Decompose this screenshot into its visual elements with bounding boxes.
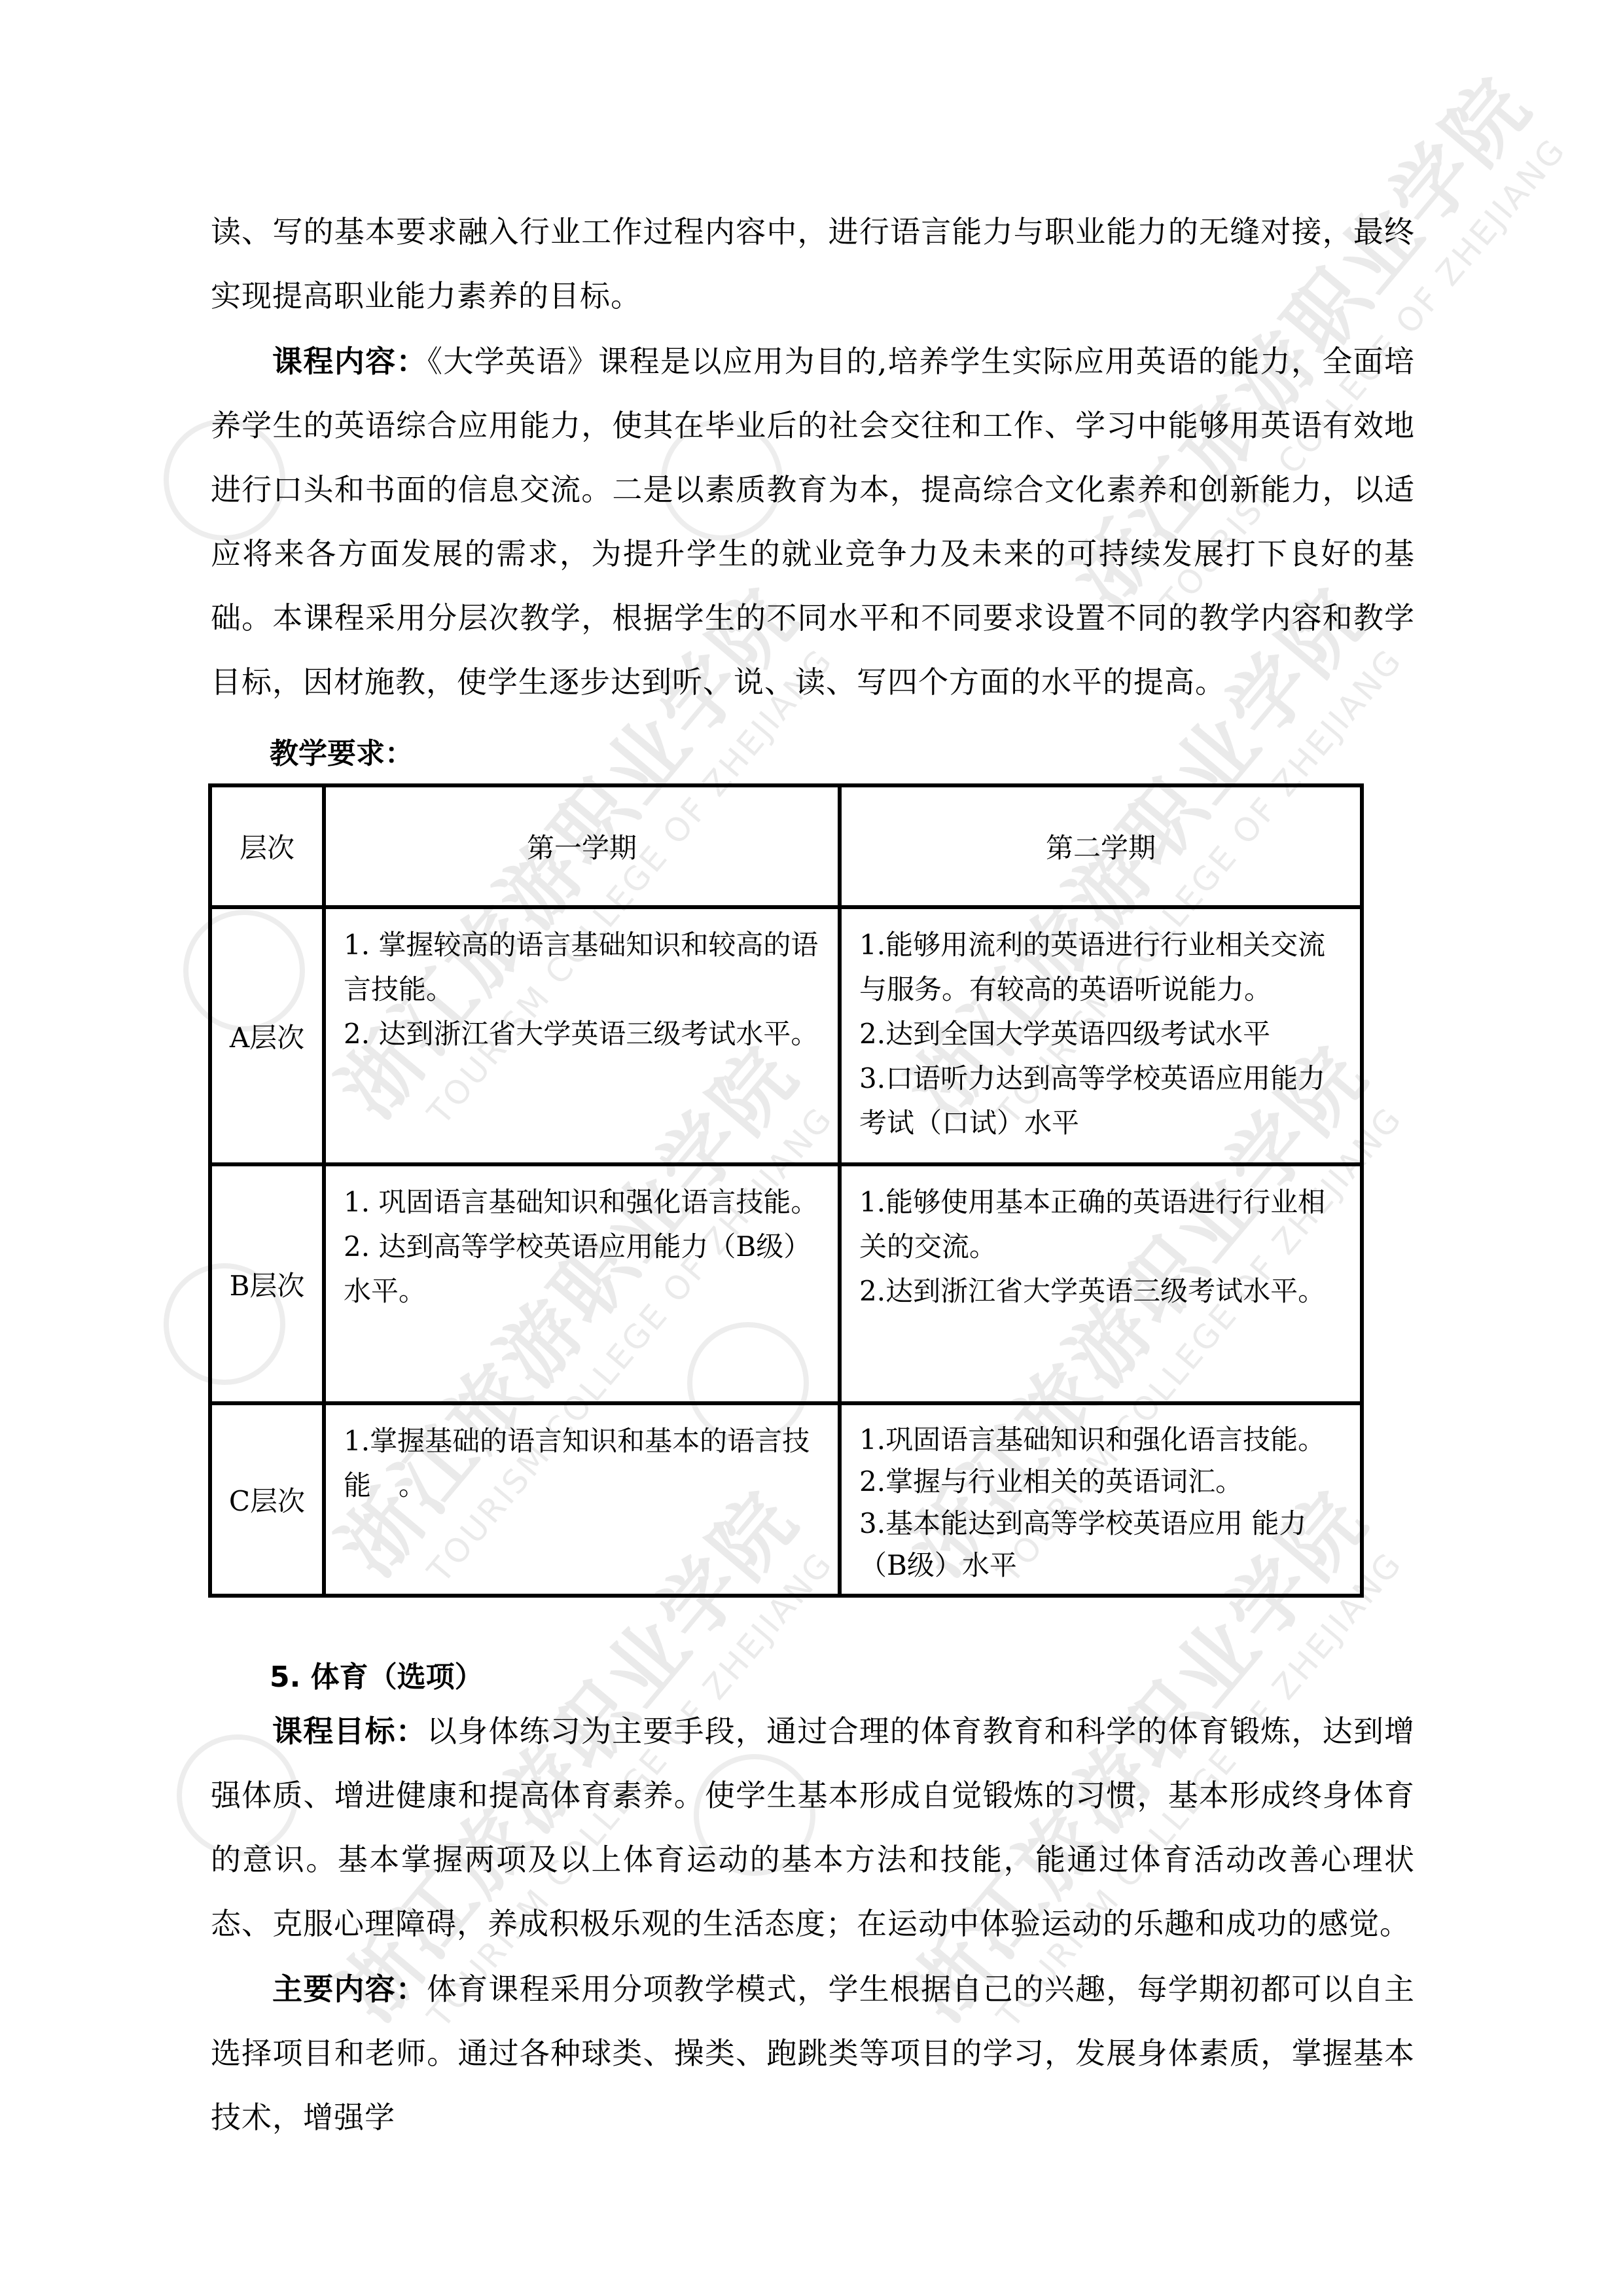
section-heading-pe: 5. 体育（选项） (270, 1653, 484, 1695)
intro-text: 读、写的基本要求融入行业工作过程内容中，进行语言能力与职业能力的无缝对接，最终实… (211, 214, 1415, 314)
list-item: 2.达到浙江省大学英语三级考试水平。 (859, 1269, 1342, 1314)
table-row: B层次 1. 巩固语言基础知识和强化语言技能。 2. 达到高等学校英语应用能力（… (210, 1164, 1362, 1403)
table-row: A层次 1. 掌握较高的语言基础知识和较高的语言技能。 2. 达到浙江省大学英语… (210, 907, 1362, 1164)
row-level: A层次 (210, 907, 324, 1164)
sem2-cell: 1.能够使用基本正确的英语进行行业相关的交流。 2.达到浙江省大学英语三级考试水… (842, 1167, 1359, 1320)
sem1-cell: 1. 掌握较高的语言基础知识和较高的语言技能。 2. 达到浙江省大学英语三级考试… (327, 910, 837, 1063)
list-item: 1.能够用流利的英语进行行业相关交流与服务。有较高的英语听说能力。 (859, 923, 1342, 1012)
row-level: B层次 (210, 1164, 324, 1403)
pe-content-paragraph: 主要内容：体育课程采用分项教学模式，学生根据自己的兴趣，每学期初都可以自主选择项… (211, 1957, 1415, 2149)
list-item: 1.掌握基础的语言知识和基本的语言技能 。 (344, 1419, 820, 1508)
list-item: 2.达到全国大学英语四级考试水平 (859, 1012, 1342, 1056)
list-item: 1. 巩固语言基础知识和强化语言技能。 (344, 1180, 820, 1225)
list-item: 1.巩固语言基础知识和强化语言技能。 (859, 1419, 1342, 1461)
sem1-cell: 1.掌握基础的语言知识和基本的语言技能 。 (327, 1406, 837, 1515)
list-item: 2. 达到高等学校英语应用能力（B级）水平。 (344, 1225, 820, 1314)
header-semester-2: 第二学期 (840, 785, 1362, 907)
teaching-req-label: 教学要求： (270, 730, 414, 772)
sem2-cell: 1.能够用流利的英语进行行业相关交流与服务。有较高的英语听说能力。 2.达到全国… (842, 910, 1359, 1152)
course-content-text: 《大学英语》课程是以应用为目的,培养学生实际应用英语的能力，全面培养学生的英语综… (211, 344, 1415, 700)
list-item: 2.掌握与行业相关的英语词汇。 (859, 1461, 1342, 1503)
table-header-row: 层次 第一学期 第二学期 (210, 785, 1362, 907)
requirements-table: 层次 第一学期 第二学期 A层次 1. 掌握较高的语言基础知识和较高的语言技能。… (208, 783, 1364, 1598)
sem2-cell: 1.巩固语言基础知识和强化语言技能。 2.掌握与行业相关的英语词汇。 3.基本能… (842, 1406, 1359, 1593)
intro-paragraph: 读、写的基本要求融入行业工作过程内容中，进行语言能力与职业能力的无缝对接，最终实… (211, 200, 1415, 328)
course-content-paragraph: 课程内容：《大学英语》课程是以应用为目的,培养学生实际应用英语的能力，全面培养学… (211, 329, 1415, 714)
course-content-label: 课程内容： (272, 344, 427, 379)
list-item: 2. 达到浙江省大学英语三级考试水平。 (344, 1012, 820, 1056)
pe-content-label: 主要内容： (272, 1971, 427, 2007)
list-item: 1. 掌握较高的语言基础知识和较高的语言技能。 (344, 923, 820, 1012)
header-level: 层次 (210, 785, 324, 907)
list-item: 3.基本能达到高等学校英语应用 能力（B级）水平 (859, 1503, 1342, 1587)
table-row: C层次 1.掌握基础的语言知识和基本的语言技能 。 1.巩固语言基础知识和强化语… (210, 1403, 1362, 1596)
header-semester-1: 第一学期 (324, 785, 840, 907)
list-item: 1.能够使用基本正确的英语进行行业相关的交流。 (859, 1180, 1342, 1269)
pe-goal-label: 课程目标： (272, 1713, 427, 1749)
pe-goal-paragraph: 课程目标：以身体练习为主要手段，通过合理的体育教育和科学的体育锻炼，达到增强体质… (211, 1699, 1415, 1956)
list-item: 3.口语听力达到高等学校英语应用能力考试（口试）水平 (859, 1056, 1342, 1145)
row-level: C层次 (210, 1403, 324, 1596)
sem1-cell: 1. 巩固语言基础知识和强化语言技能。 2. 达到高等学校英语应用能力（B级）水… (327, 1167, 837, 1320)
